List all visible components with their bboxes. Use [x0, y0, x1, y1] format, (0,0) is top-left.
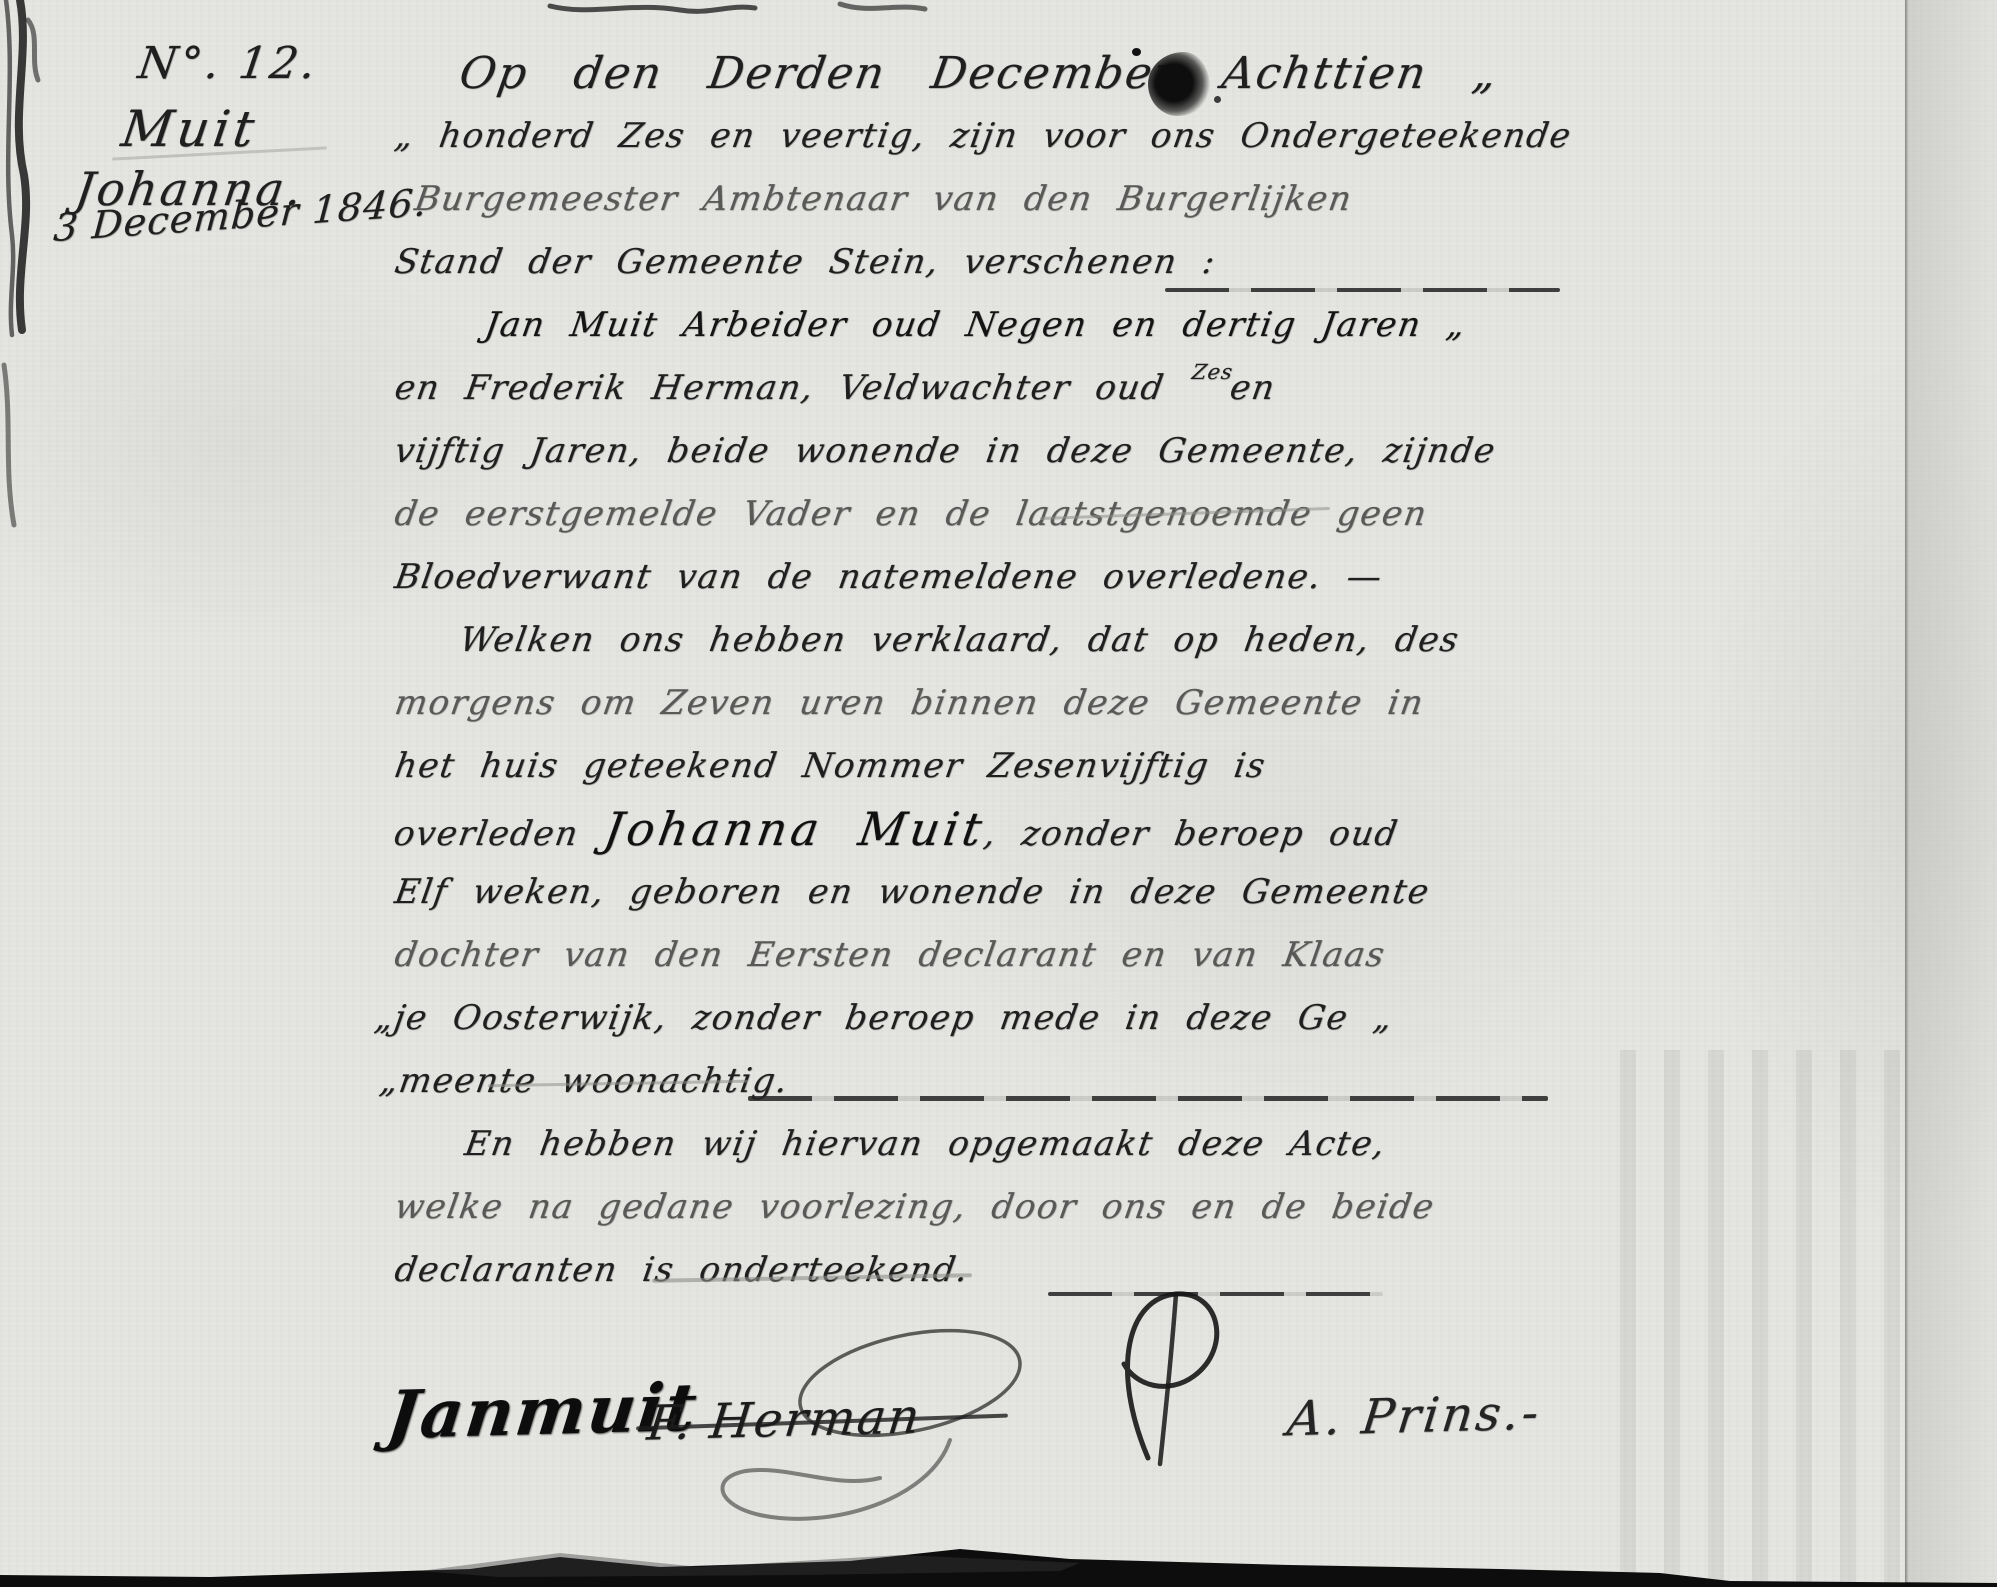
record-line-2: „ honderd Zes en veertig, zijn voor ons … — [390, 105, 1575, 168]
death-record-page: N°. 12. Muit Johanna. 3 December 1846. O… — [0, 0, 1997, 1587]
record-line-18: En hebben wij hiervan opgemaakt deze Act… — [460, 1113, 1575, 1176]
record-line-14: Elf weken, geboren en wonende in deze Ge… — [390, 861, 1575, 924]
record-line-3: Burgemeester Ambtenaar van den Burgerlij… — [410, 168, 1575, 231]
record-line-4: Stand der Gemeente Stein, verschenen : — [390, 231, 1575, 294]
record-line-11: morgens om Zeven uren binnen deze Gemeen… — [390, 672, 1575, 735]
record-line-1: Op den Derden December Achttien „ — [455, 42, 1575, 105]
signature-a-prins: A. Prins.- — [1284, 1385, 1544, 1448]
record-line-13: overleden Johanna Muit, zonder beroep ou… — [390, 798, 1575, 861]
line-13-prefix: overleden — [391, 814, 607, 854]
ink-speck — [1214, 96, 1221, 103]
ink-speck — [1132, 48, 1141, 56]
ink-rule — [748, 1096, 1548, 1101]
line-6-text: en Frederik Herman, Veldwachter oud — [392, 368, 1193, 408]
record-line-19: welke na gedane voorlezing, door ons en … — [390, 1176, 1575, 1239]
record-line-15: dochter van den Eersten declarant en van… — [390, 924, 1575, 987]
record-line-8: de eerstgemelde Vader en de laatstgenoem… — [390, 483, 1575, 546]
margin-annotation: N°. 12. Muit Johanna. 3 December 1846. — [0, 0, 380, 400]
ink-rule — [1165, 288, 1560, 292]
record-number: N°. 12. — [135, 38, 322, 89]
scan-streaks — [1620, 1050, 1900, 1587]
line-13-suffix: , zonder beroep oud — [981, 814, 1401, 854]
line-6-tail: en — [1227, 368, 1278, 408]
record-body: Op den Derden December Achttien „ „ hond… — [390, 42, 1565, 1302]
record-line-12: het huis geteekend Nommer Zesenvijftig i… — [390, 735, 1575, 798]
record-line-10: Welken ons hebben verklaard, dat op hede… — [455, 609, 1575, 672]
page-right-margin — [1909, 0, 1997, 1587]
record-line-5: Jan Muit Arbeider oud Negen en dertig Ja… — [480, 294, 1575, 357]
record-line-17: „meente woonachtig. — [375, 1050, 1575, 1113]
deceased-name: Johanna Muit — [600, 802, 989, 856]
record-line-7: vijftig Jaren, beide wonende in deze Gem… — [390, 420, 1575, 483]
record-line-9: Bloedverwant van de natemeldene overlede… — [390, 546, 1575, 609]
margin-surname: Muit — [118, 100, 262, 158]
bottom-scan-strip — [0, 1541, 1997, 1587]
previous-record-remnant-icon — [540, 0, 960, 22]
record-line-6: en Frederik Herman, Veldwachter oud Zese… — [390, 357, 1575, 420]
ink-blot — [1148, 52, 1210, 116]
record-line-16: „je Oosterwijk, zonder beroep mede in de… — [370, 987, 1575, 1050]
